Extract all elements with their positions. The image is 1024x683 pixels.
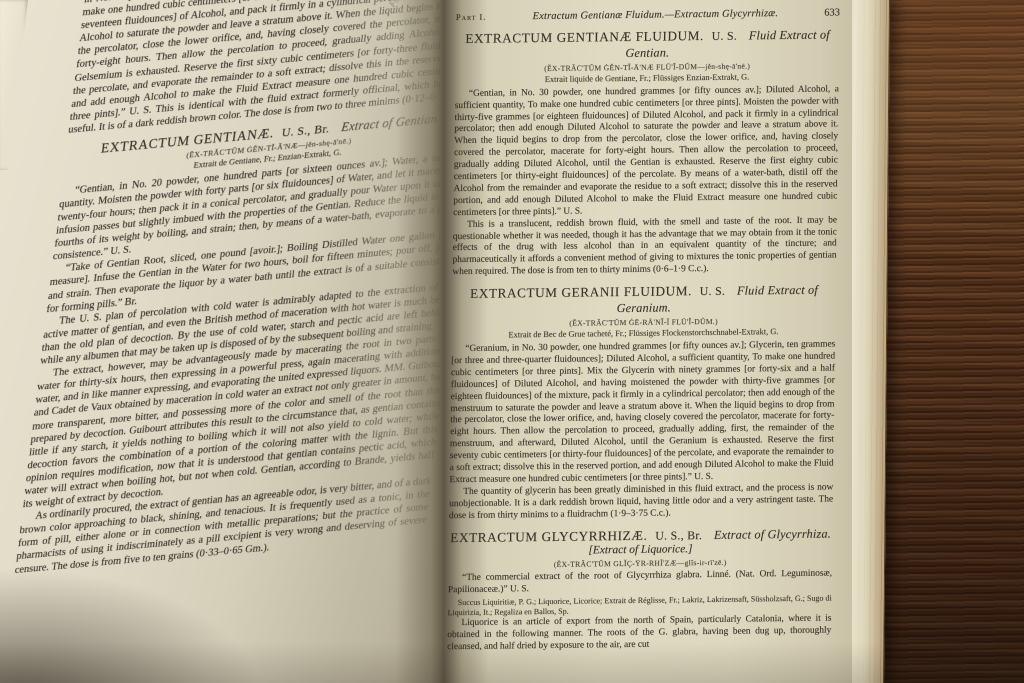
page-number: 633 (824, 7, 840, 19)
entry-title-caps: EXTRACTUM GLYCYRRHIZÆ. (450, 527, 647, 544)
right-page-text: Part I. Extractum Gentianæ Fluidum.—Extr… (447, 5, 840, 654)
right-page: Part I. Extractum Gentianæ Fluidum.—Extr… (440, 0, 852, 683)
paragraph-us-formula: “Gentian, in No. 30 powder, one hundred … (453, 84, 839, 220)
entry-heading-glycyrrhizae: EXTRACTUM GLYCYRRHIZÆ. U. S., Br. Extrac… (448, 525, 833, 570)
running-head-title: Extractum Gentianæ Fluidum.—Extractum Gl… (486, 7, 824, 23)
entry-title-authority: U. S., Br. (655, 528, 702, 543)
paragraph-liquorice-export: Liquorice is an article of export from t… (447, 614, 831, 654)
entry-heading-geranii-fluidum: EXTRACTUM GERANII FLUIDUM. U. S. Fluid E… (451, 282, 836, 342)
left-page: FLŪ'Ĭ-DŬM.) Fr.; Flüssiges Gelber Jasmin… (0, 0, 440, 683)
paragraph-description: The quantity of glycerin has been greatl… (449, 482, 833, 522)
entry-title-authority: U. S., Br. (281, 121, 330, 139)
paragraph-official-definition: “The commercial extract of the root of G… (448, 569, 832, 598)
entry-title-authority: U. S. (712, 28, 738, 42)
entry-title-authority: U. S. (700, 284, 726, 298)
entry-title: EXTRACTUM GERANII FLUIDUM. U. S. Fluid E… (452, 282, 836, 319)
running-head: Part I. Extractum Gentianæ Fluidum.—Extr… (456, 7, 840, 24)
paragraph-description: This is a translucent, reddish brown flu… (452, 215, 837, 279)
running-head-part: Part I. (456, 12, 487, 24)
paragraph-us-formula: “Geranium, in No. 30 powder, one hundred… (449, 339, 835, 487)
entry-title: EXTRACTUM GENTIANÆ FLUIDUM. U. S. Fluid … (455, 26, 839, 63)
entry-heading-gentianae-fluidum: EXTRACTUM GENTIANÆ FLUIDUM. U. S. Fluid … (455, 26, 840, 86)
left-page-text: FLŪ'Ĭ-DŬM.) Fr.; Flüssiges Gelber Jasmin… (14, 0, 440, 577)
entry-title-caps: EXTRACTUM GENTIANÆ FLUIDUM. (465, 28, 704, 46)
entry-title-translation: Extract of Glycyrrhiza. (714, 526, 831, 541)
book-photograph: FLŪ'Ĭ-DŬM.) Fr.; Flüssiges Gelber Jasmin… (0, 0, 1024, 683)
open-book: FLŪ'Ĭ-DŬM.) Fr.; Flüssiges Gelber Jasmin… (0, 0, 886, 683)
entry-title-caps: EXTRACTUM GERANII FLUIDUM. (470, 283, 692, 301)
